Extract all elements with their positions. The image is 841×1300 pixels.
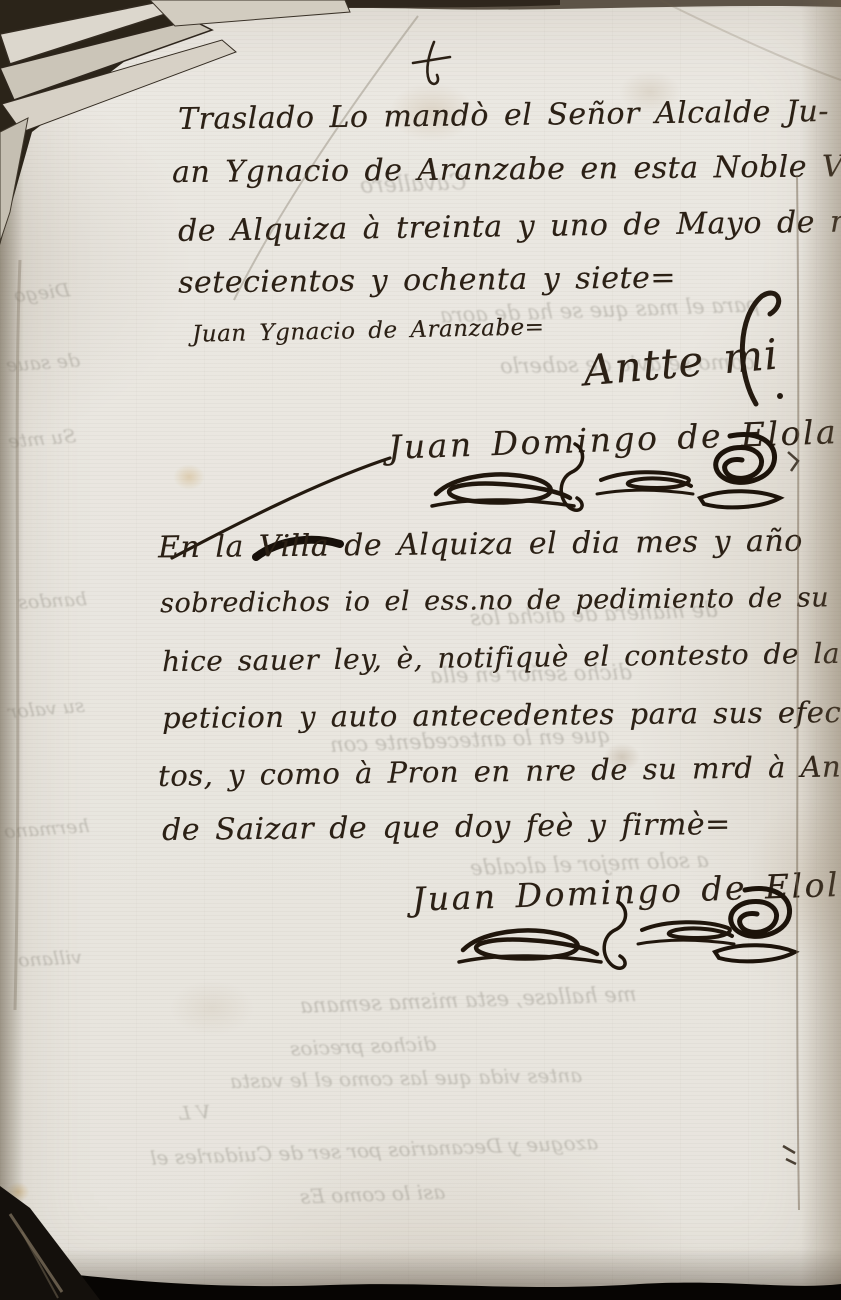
bleedthrough-text: de saue <box>5 349 80 376</box>
binding-wedge <box>0 1186 100 1300</box>
text-line: tos, y como à Pron en nre de su mrd à An… <box>158 749 841 793</box>
text-line: Traslado Lo mandò el Señor Alcalde Ju- <box>178 94 829 137</box>
text-line: setecientos y ochenta y siete= <box>178 260 676 300</box>
bleedthrough-text: V L <box>177 1101 210 1125</box>
signature-rubric-loops <box>428 462 578 512</box>
text-line: hice sauer ley, è, notifiquè el contesto… <box>162 637 840 678</box>
text-line: an Ygnacio de Aranzabe en esta Noble Vil… <box>172 149 841 190</box>
alcalde-signature: Juan Ygnacio de Aranzabe= <box>192 314 545 347</box>
signature-rubric-dashes <box>636 912 736 952</box>
folded-corner-stack <box>0 0 418 300</box>
page-edge-top <box>0 0 841 20</box>
text-line: peticion y auto antecedentes para sus ef… <box>162 695 841 735</box>
manuscript-page: Cavallero Diego de saue Su mte bandos su… <box>0 0 841 1300</box>
bleedthrough-text: hermano <box>3 815 90 843</box>
bleedthrough-text: villano <box>17 946 82 971</box>
bleedthrough-text: Diego <box>13 279 71 307</box>
signature-rubric-dashes <box>595 462 695 502</box>
stitch-mark <box>783 1146 796 1164</box>
text-line: de Alquiza à treinta y uno de Mayo de mi… <box>178 204 841 249</box>
page-edge-bottom <box>0 1266 841 1300</box>
notary-signature: Juan Domingo de Elola <box>411 864 841 919</box>
bleedthrough-text: bandos <box>17 588 87 614</box>
bleedthrough-text: asi lo como Es <box>300 1179 446 1208</box>
crease-top-right <box>660 0 841 80</box>
notary-signature: Juan Domingo de Elola <box>387 412 838 467</box>
bleedthrough-text: dichos precios <box>290 1031 437 1060</box>
page-edge-left <box>0 0 24 1300</box>
bleedthrough-text: antes vida que las como el le vasta <box>230 1063 583 1093</box>
cross-mark <box>408 38 454 90</box>
bleedthrough-text: su valor <box>7 695 85 724</box>
text-line: En la Villa de Alquiza el dia mes y año <box>158 524 803 566</box>
text-line: de Saizar de que doy feè y firmè= <box>162 807 731 848</box>
bleedthrough-text: me hallase, esta misma semana <box>300 982 637 1018</box>
ante-mi-label: Antte mi <box>581 330 780 396</box>
text-line: sobredichos io el ess.no de pedimiento d… <box>160 582 841 619</box>
bleedthrough-text: Su mte <box>7 425 77 453</box>
bleedthrough-text: azogue y Decanarios por ser de Cuidarles… <box>150 1130 599 1170</box>
stitch-mark <box>788 452 798 471</box>
signature-rubric-loops <box>455 918 605 968</box>
